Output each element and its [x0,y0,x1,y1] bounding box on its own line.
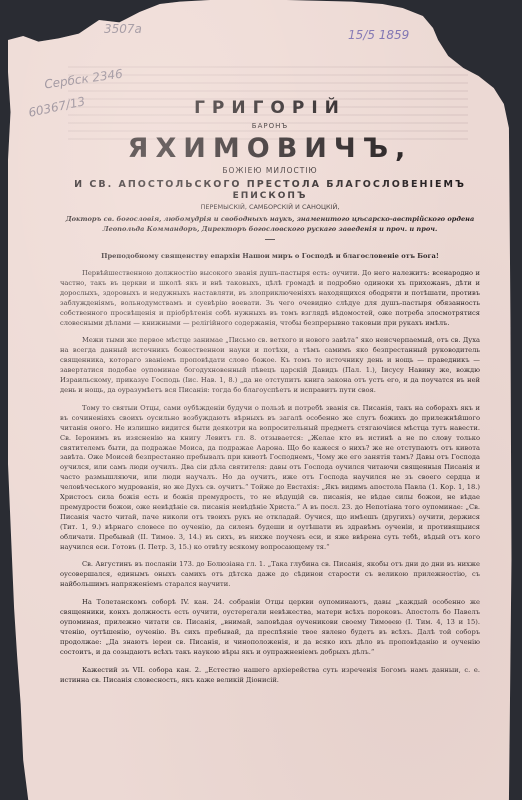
paragraph: Межи тыми же первое мѣстце занимае „Пись… [60,336,480,395]
paragraph: Первѣйшественною должностію высокого зва… [60,269,480,328]
greeting: Преподобному священству епархіи Нашои ми… [60,252,480,260]
paragraph: Тому то святыи Отцы, сами оубѣжденіи буд… [60,404,480,553]
archive-date: 15/5 1859 [348,28,409,42]
document-body: ГРИГОРІЙ БАРОНЪ ЯХИМОВИЧЪ, БОЖІЕЮ МИЛОСТ… [60,98,480,693]
rank-label: БАРОНЪ [60,122,480,130]
document-page: 3507a 15/5 1859 Сербск 2346 60367/13 ГРИ… [8,0,514,800]
archive-number: 3507a [104,22,142,36]
paragraph: Св. Августинъ въ посланіи 173. до Болюзі… [60,560,480,590]
grace-line: БОЖІЕЮ МИЛОСТІЮ [60,166,480,175]
surname-heading: ЯХИМОВИЧЪ, [60,133,480,165]
paragraph: Кажестий зъ VII. собора кан. 2. „Естеств… [60,666,480,686]
divider [265,239,275,240]
office-line: ЕПИСКОПЪ [60,191,480,201]
given-name-heading: ГРИГОРІЙ [60,98,480,118]
paragraph: На Толетанскомъ соборѣ IV. кан. 24. собр… [60,598,480,657]
credentials-line: Докторъ св. богословія, любомудрія и сво… [60,214,480,234]
apostolic-see-line: И СВ. АПОСТОЛЬСКОГО ПРЕСТОЛА БЛАГОСЛОВЕН… [60,179,480,190]
dioceses-line: ПЕРЕМЫСКІЙ, САМБОРСКІЙ И САНОЦКІЙ, [60,203,480,211]
